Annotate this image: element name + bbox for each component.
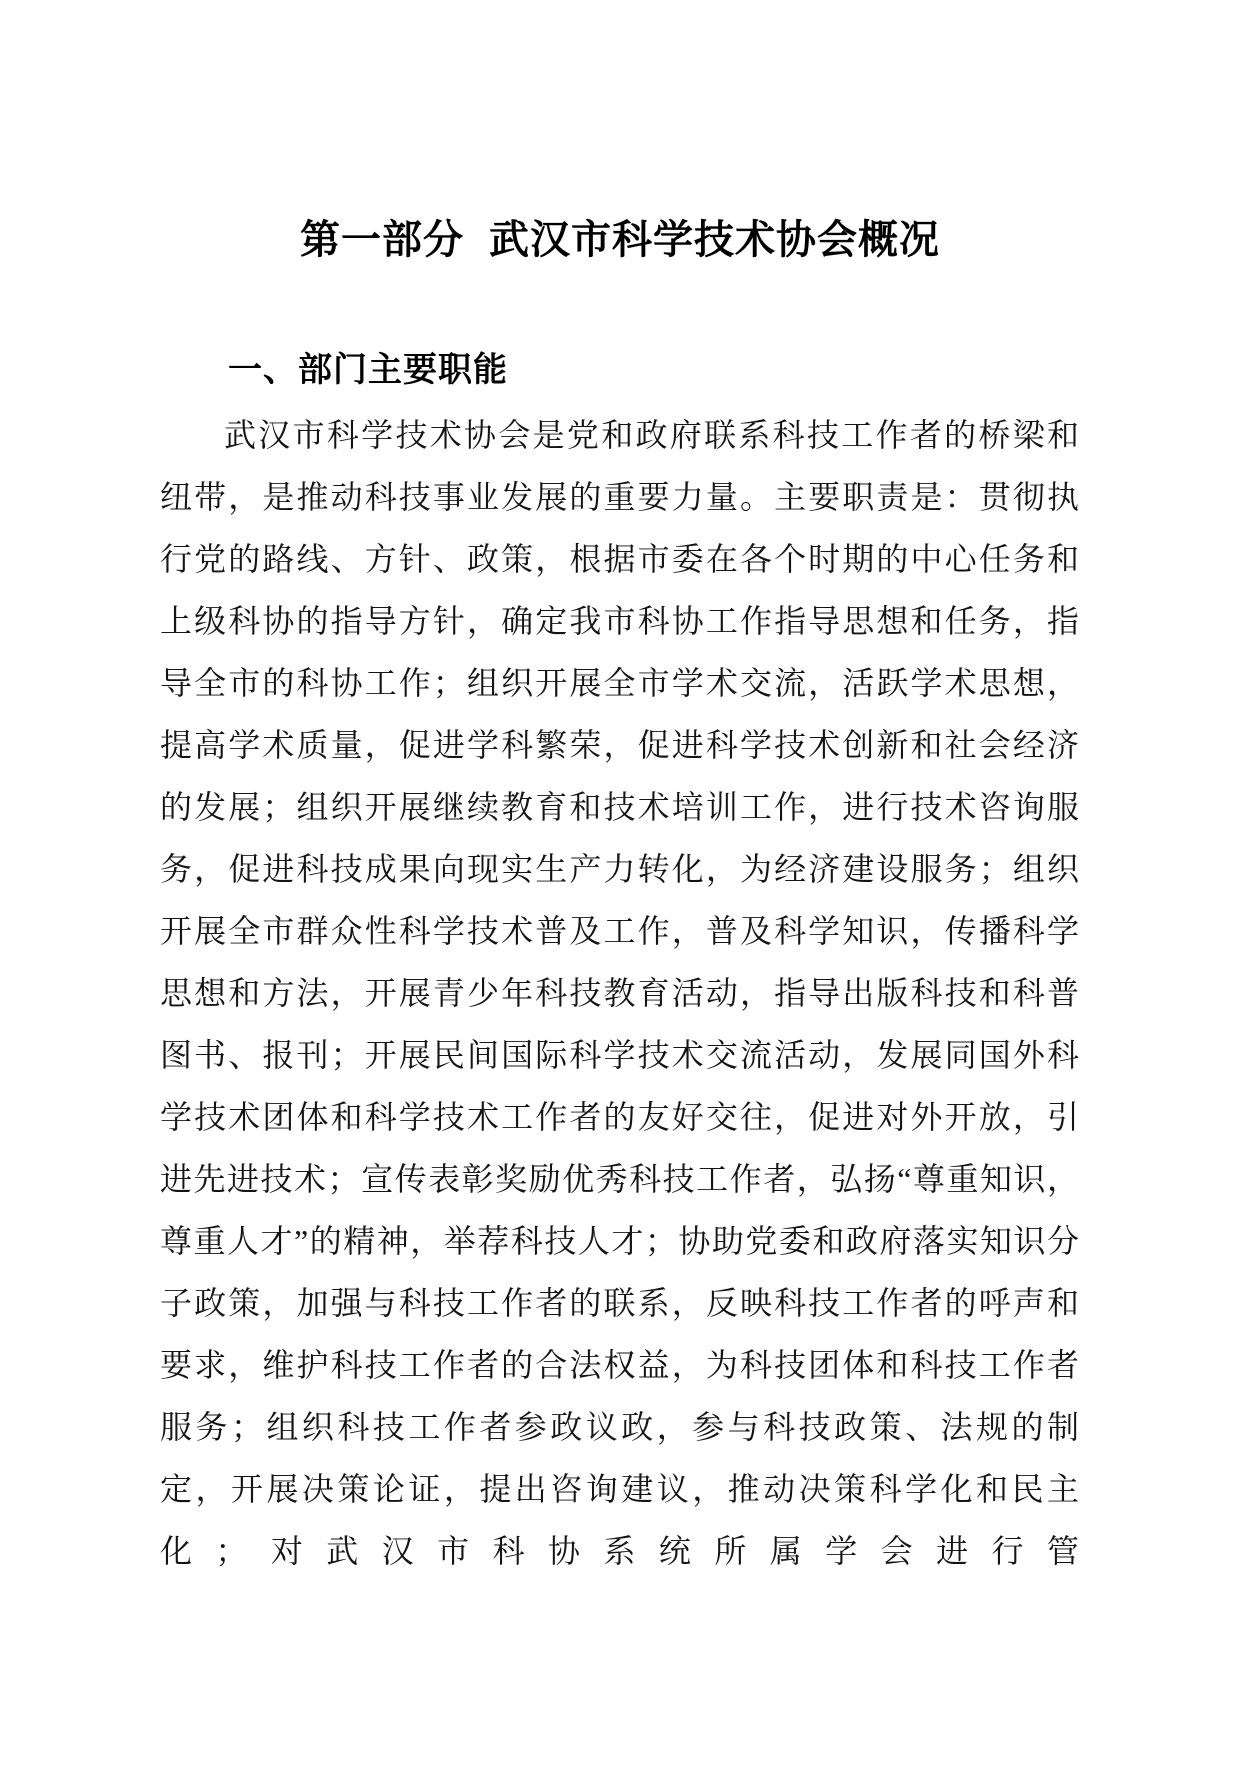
document-title: 第一部分 武汉市科学技术协会概况 xyxy=(160,212,1080,268)
body-paragraph: 武汉市科学技术协会是党和政府联系科技工作者的桥梁和纽带，是推动科技事业发展的重要… xyxy=(160,404,1080,1582)
document-page: 第一部分 武汉市科学技术协会概况 一、部门主要职能 武汉市科学技术协会是党和政府… xyxy=(0,0,1256,1777)
section-heading: 一、部门主要职能 xyxy=(160,348,1080,392)
